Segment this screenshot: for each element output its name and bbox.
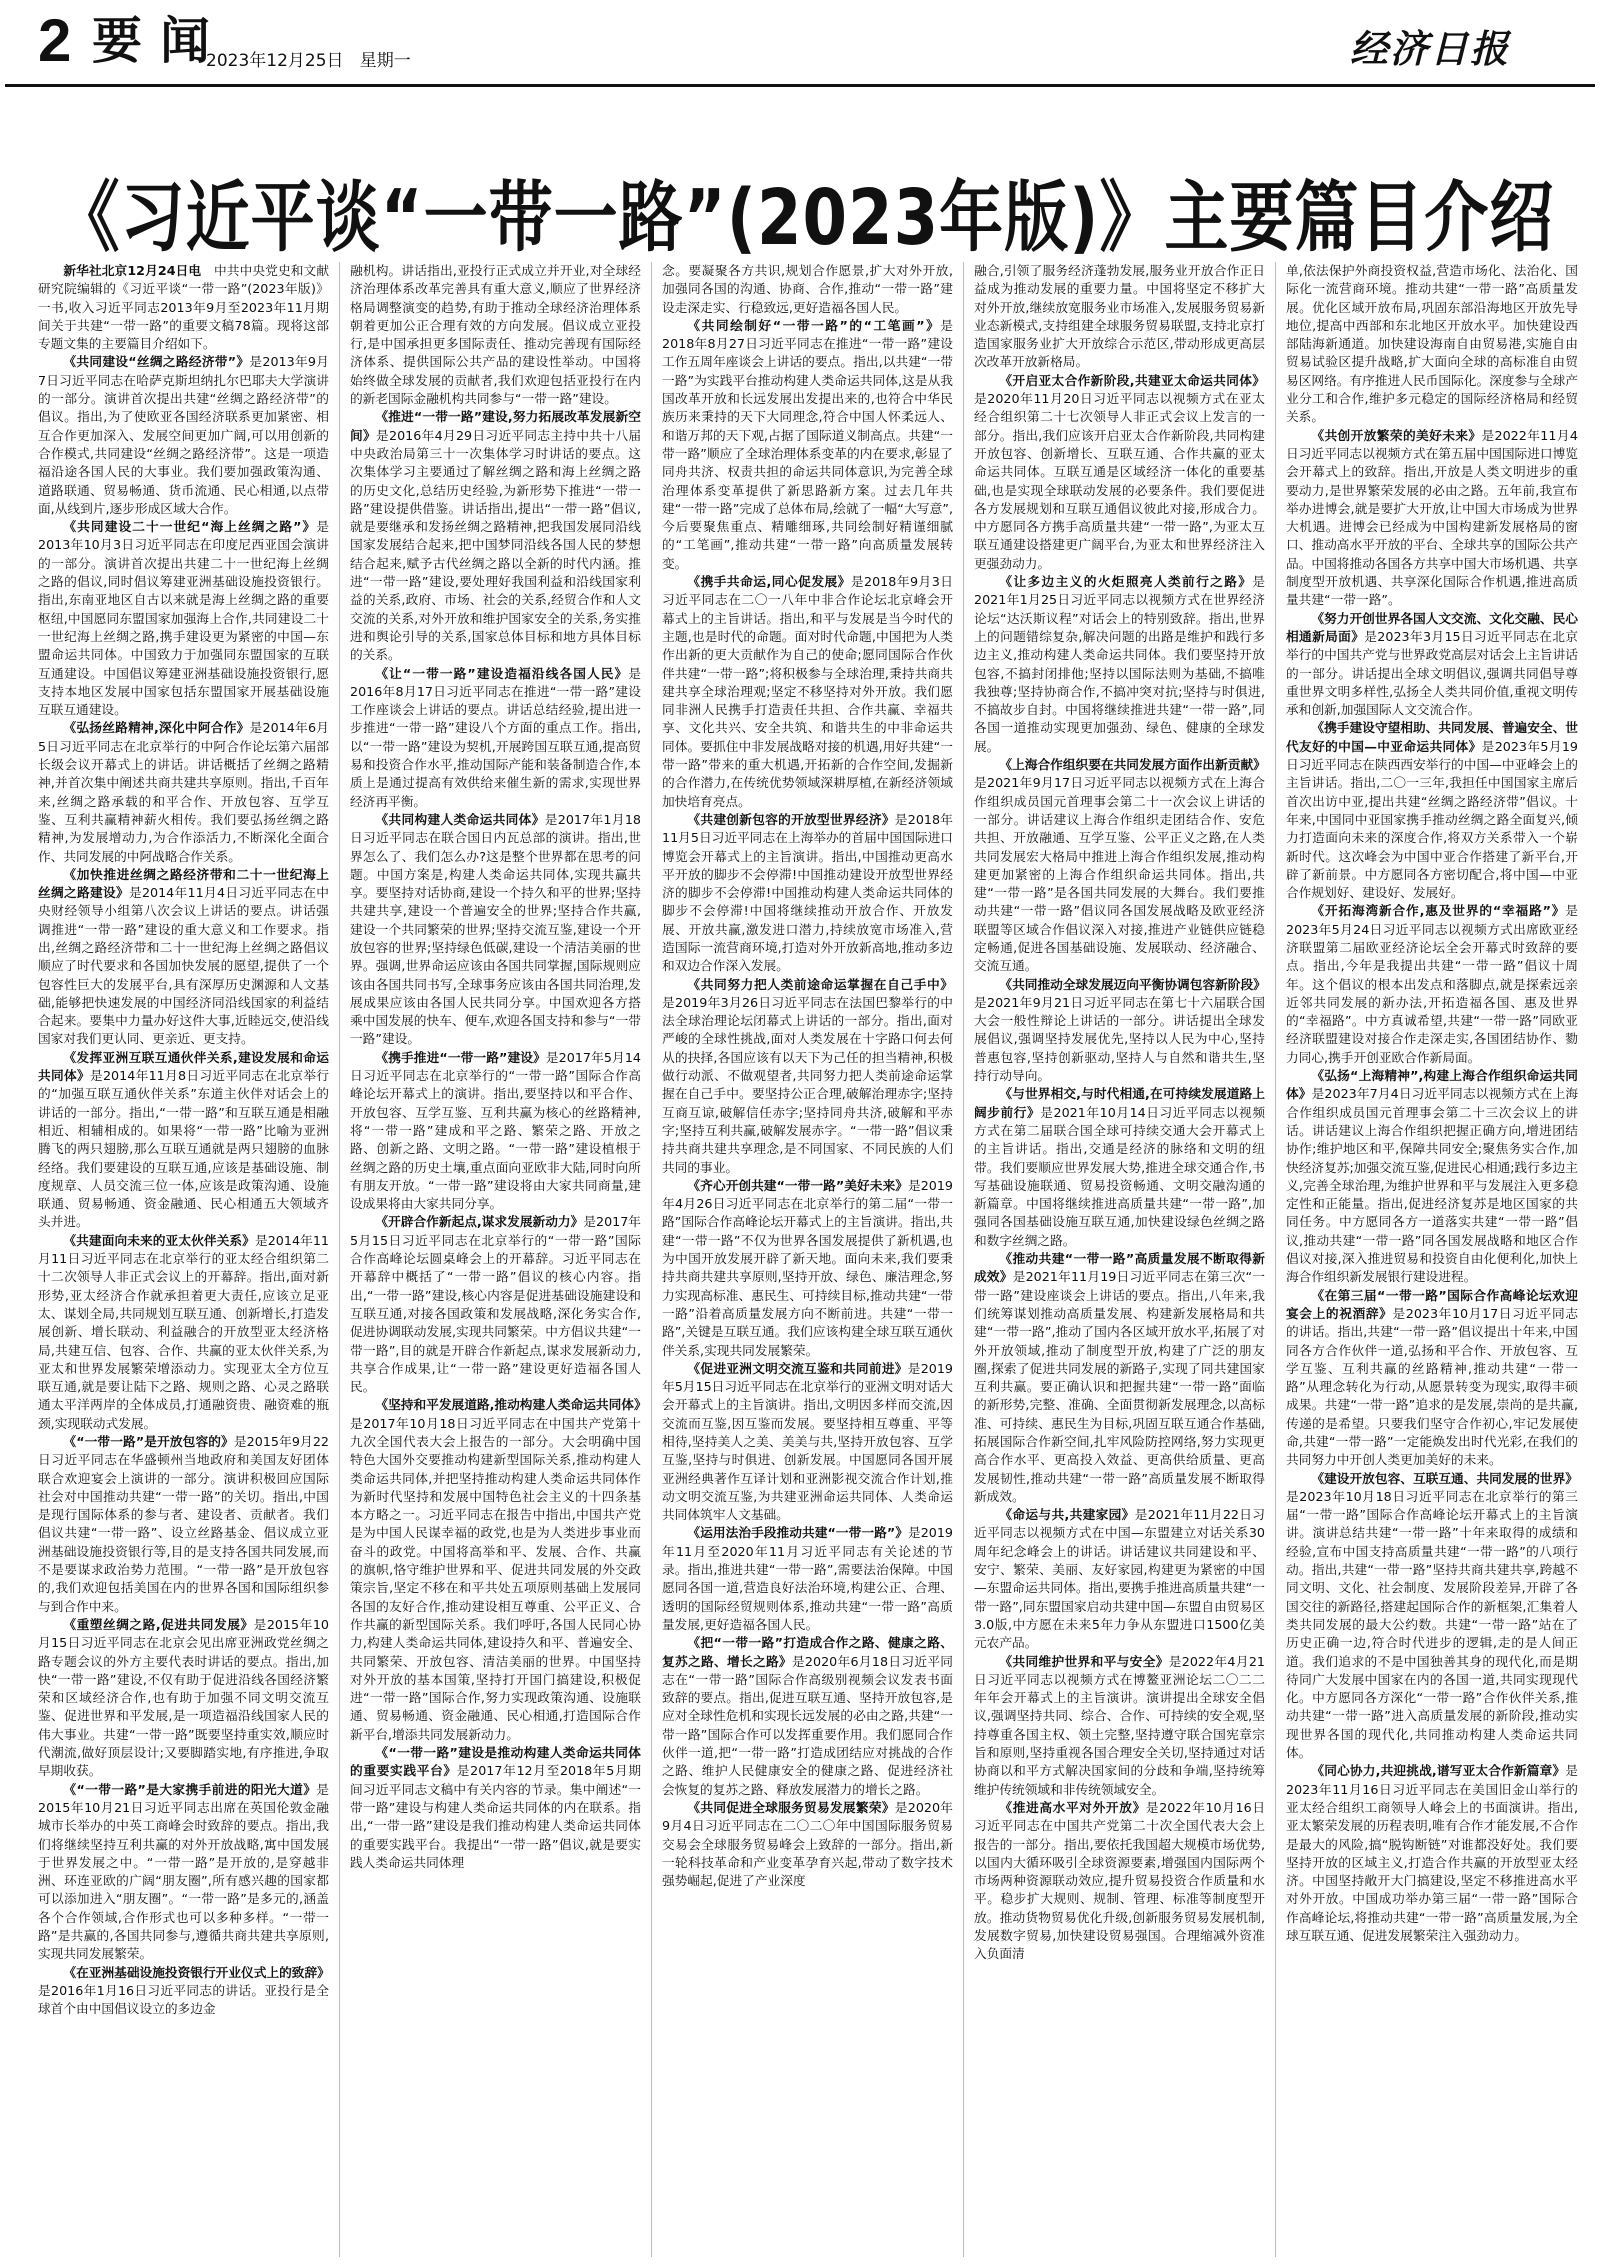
article-title: 《携手推进“一带一路”建设》	[375, 1050, 545, 1065]
article-title: 《上海合作组织要在共同发展方面作出新贡献》	[999, 757, 1265, 772]
paragraph-text: 是2023年7月4日习近平同志以视频方式在上海合作组织成员国元首理事会第二十三次…	[1286, 1086, 1578, 1284]
article-paragraph: 《共同促进全球服务贸易发展繁荣》是2020年9月4日习近平同志在二〇二〇年中国国…	[662, 1799, 953, 1890]
article-paragraph: 《共同推动全球发展迈向平衡协调包容新阶段》是2021年9月21日习近平同志在第七…	[974, 976, 1265, 1086]
article-paragraph: 《在第三届“一带一路”国际合作高峰论坛欢迎宴会上的祝酒辞》是2023年10月17…	[1286, 1287, 1578, 1470]
article-title: 《共同促进全球服务贸易发展繁荣》	[687, 1800, 894, 1815]
article-paragraph: 《共创开放繁荣的美好未来》是2022年11月4日习近平同志以视频方式在第五届中国…	[1286, 427, 1578, 610]
article-paragraph: 《让多边主义的火炬照亮人类前行之路》是2021年1月25日习近平同志以视频方式在…	[974, 573, 1265, 756]
article-title: 《坚持和平发展道路,推动构建人类命运共同体》	[375, 1397, 646, 1412]
paragraph-text: 是2018年9月3日习近平同志在二〇一八年中非合作论坛北京峰会开幕式上的主旨讲话…	[662, 574, 953, 809]
article-paragraph: 《推进“一带一路”建设,努力拓展改革发展新空间》是2016年4月29日习近平同志…	[350, 408, 641, 664]
article-paragraph: 《推进高水平对外开放》是2022年10月16日习近平同志在中国共产党第二十次全国…	[974, 1799, 1265, 1964]
paragraph-text: 是2014年11月8日习近平同志在北京举行的“加强互联互通伙伴关系”东道主伙伴对…	[38, 1068, 329, 1229]
page-header: 2 要闻 2023年12月25日 星期一 经济日报	[0, 0, 1600, 76]
article-paragraph: 《加快推进丝绸之路经济带和二十一世纪海上丝绸之路建设》是2014年11月4日习近…	[38, 866, 329, 1049]
article-title: 《共创开放繁荣的美好未来》	[1311, 428, 1481, 443]
article-title: 《让多边主义的火炬照亮人类前行之路》	[999, 574, 1252, 589]
paragraph-text: 是2021年11月22日习近平同志以视频方式在中国—东盟建立对话关系30周年纪念…	[974, 1507, 1265, 1650]
article-paragraph: 《努力开创世界各国人文交流、文化交融、民心相通新局面》是2023年3月15日习近…	[1286, 610, 1578, 720]
paragraph-text: 是2014年11月11日习近平同志在北京举行的亚太经合组织第二十二次领导人非正式…	[38, 1233, 329, 1431]
paragraph-text: 是2015年10月15日习近平同志在北京会见出席亚洲政党丝绸之路专题会议的外方主…	[38, 1617, 329, 1778]
article-title: 《共同建设二十一世纪“海上丝绸之路”》	[63, 519, 316, 534]
article-paragraph: 《携手推进“一带一路”建设》是2017年5月14日习近平同志在北京举行的“一带一…	[350, 1049, 641, 1214]
article-title: 《共同绘制好“一带一路”的“工笔画”》	[687, 318, 940, 333]
article-body: 新华社北京12月24日电 中共中央党史和文献研究院编辑的《习近平谈“一带一路”(…	[28, 262, 1588, 2257]
article-title: 《建设开放包容、互联互通、共同发展的世界》	[1311, 1471, 1578, 1486]
paragraph-text: 融机构。讲话指出,亚投行正式成立并开业,对全球经济治理体系改革完善具有重大意义,…	[350, 263, 641, 406]
article-paragraph: 《推动共建“一带一路”高质量发展不断取得新成效》是2021年11月19日习近平同…	[974, 1250, 1265, 1506]
article-paragraph: 单,依法保护外商投资权益,营造市场化、法治化、国际化一流营商环境。推动共建“一带…	[1286, 262, 1578, 427]
paragraph-text: 是2023年5月24日习近平同志以视频方式出席欧亚经济联盟第二届欧亚经济论坛全会…	[1286, 903, 1578, 1064]
paragraph-text: 是2023年11月16日习近平同志在美国旧金山举行的亚太经合组织工商领导人峰会上…	[1286, 1763, 1578, 1943]
article-paragraph: 《齐心开创共建“一带一路”美好未来》是2019年4月26日习近平同志在北京举行的…	[662, 1177, 953, 1360]
article-title: 《“一带一路”是开放包容的》	[63, 1434, 233, 1449]
article-paragraph: 《“一带一路”建设是推动构建人类命运共同体的重要实践平台》是2017年12月至2…	[350, 1744, 641, 1872]
article-paragraph: 《重塑丝绸之路,促进共同发展》是2015年10月15日习近平同志在北京会见出席亚…	[38, 1616, 329, 1781]
paragraph-text: 是2019年4月26日习近平同志在北京举行的第二届“一带一路”国际合作高峰论坛开…	[662, 1178, 953, 1358]
paragraph-text: 是2022年4月21日习近平同志以视频方式在博鳌亚洲论坛二〇二二年年会开幕式上的…	[974, 1654, 1265, 1797]
article-paragraph: 融机构。讲话指出,亚投行正式成立并开业,对全球经济治理体系改革完善具有重大意义,…	[350, 262, 641, 408]
newspaper-masthead-logo: 经济日报	[1350, 24, 1510, 74]
article-title: 《共同构建人类命运共同体》	[375, 812, 544, 827]
paragraph-text: 是2022年10月16日习近平同志在中国共产党第二十次全国代表大会上报告的一部分…	[974, 1800, 1265, 1961]
paragraph-text: 是2021年9月17日习近平同志以视频方式在上海合作组织成员国元首理事会第二十一…	[974, 775, 1265, 973]
paragraph-text: 是2017年5月15日习近平同志在北京举行的“一带一路”国际合作高峰论坛圆桌峰会…	[350, 1214, 641, 1394]
article-paragraph: 《在亚洲基础设施投资银行开业仪式上的致辞》是2016年1月16日习近平同志的讲话…	[38, 1964, 329, 2019]
article-paragraph: 《开拓海湾新合作,惠及世界的“幸福路”》是2023年5月24日习近平同志以视频方…	[1286, 902, 1578, 1067]
article-paragraph: 《弘扬“上海精神”,构建上海合作组织命运共同体》是2023年7月4日习近平同志以…	[1286, 1067, 1578, 1287]
article-paragraph: 《共同建设二十一世纪“海上丝绸之路”》是2013年10月3日习近平同志在印度尼西…	[38, 518, 329, 719]
article-paragraph: 《建设开放包容、互联互通、共同发展的世界》是2023年10月18日习近平同志在北…	[1286, 1470, 1578, 1763]
article-paragraph: 《“一带一路”是开放包容的》是2015年9月22日习近平同志在华盛顿州当地政府和…	[38, 1433, 329, 1616]
paragraph-text: 念。要凝聚各方共识,规划合作愿景,扩大对外开放,加强同各国的沟通、协商、合作,推…	[662, 263, 953, 315]
article-column-3: 念。要凝聚各方共识,规划合作愿景,扩大对外开放,加强同各国的沟通、协商、合作,推…	[652, 262, 964, 2257]
paragraph-text: 是2021年10月14日习近平同志以视频方式在第二届联合国全球可持续交通大会开幕…	[974, 1105, 1265, 1248]
paragraph-text: 是2023年10月18日习近平同志在北京举行的第三届“一带一路”国际合作高峰论坛…	[1286, 1489, 1578, 1760]
article-title: 《共同建设“丝绸之路经济带”》	[63, 354, 249, 369]
paragraph-text: 是2017年10月18日习近平同志在中国共产党第十九次全国代表大会上报告的一部分…	[350, 1416, 641, 1742]
article-title: 《运用法治手段推动共建“一带一路”》	[687, 1525, 908, 1540]
article-title: 《共同推动全球发展迈向平衡协调包容新阶段》	[999, 977, 1265, 992]
article-paragraph: 念。要凝聚各方共识,规划合作愿景,扩大对外开放,加强同各国的沟通、协商、合作,推…	[662, 262, 953, 317]
issue-date: 2023年12月25日 星期一	[206, 50, 411, 72]
article-column-1: 新华社北京12月24日电 中共中央党史和文献研究院编辑的《习近平谈“一带一路”(…	[28, 262, 340, 2257]
paragraph-text: 是2018年11月5日习近平同志在上海举办的首届中国国际进口博览会开幕式上的主旨…	[662, 812, 953, 973]
paragraph-text: 是2014年11月4日习近平同志在中央财经领导小组第八次会议上讲话的要点。讲话强…	[38, 885, 329, 1046]
paragraph-text: 是2019年3月26日习近平同志在法国巴黎举行的中法全球治理论坛闭幕式上讲话的一…	[662, 995, 953, 1175]
page-number: 2	[38, 6, 71, 76]
paragraph-text: 是2016年4月29日习近平同志主持中共十八届中央政治局第三十一次集体学习时讲话…	[350, 428, 641, 663]
article-paragraph: 《携手建设守望相助、共同发展、普遍安全、世代友好的中国—中亚命运共同体》是202…	[1286, 719, 1578, 902]
paragraph-text: 是2017年1月18日习近平同志在联合国日内瓦总部的演讲。指出,世界怎么了、我们…	[350, 812, 641, 1047]
article-title: 新华社北京12月24日电	[63, 263, 201, 278]
paragraph-text: 是2013年9月7日习近平同志在哈萨克斯坦纳扎尔巴耶夫大学演讲的一部分。演讲首次…	[38, 354, 329, 515]
article-title: 《让“一带一路”建设造福沿线各国人民》	[375, 666, 628, 681]
paragraph-text: 是2015年9月22日习近平同志在华盛顿州当地政府和美国友好团体联合欢迎宴会上演…	[38, 1434, 329, 1614]
paragraph-text: 是2021年11月19日习近平同志在第三次“一带一路”建设座谈会上讲话的要点。指…	[974, 1269, 1265, 1504]
article-paragraph: 《共同建设“丝绸之路经济带”》是2013年9月7日习近平同志在哈萨克斯坦纳扎尔巴…	[38, 353, 329, 518]
paragraph-text: 单,依法保护外商投资权益,营造市场化、法治化、国际化一流营商环境。推动共建“一带…	[1286, 263, 1578, 424]
paragraph-text: 是2021年9月21日习近平同志在第七十六届联合国大会一般性辩论上讲话的一部分。…	[974, 995, 1265, 1083]
article-paragraph: 《同心协力,共迎挑战,谱写亚太合作新篇章》是2023年11月16日习近平同志在美…	[1286, 1762, 1578, 1945]
article-paragraph: 《共同绘制好“一带一路”的“工笔画”》是2018年8月27日习近平同志在推进“一…	[662, 317, 953, 573]
article-paragraph: 《与世界相交,与时代相通,在可持续发展道路上阔步前行》是2021年10月14日习…	[974, 1085, 1265, 1250]
header-divider	[5, 84, 1595, 87]
article-title: 《“一带一路”是大家携手前进的阳光大道》	[63, 1782, 316, 1797]
paragraph-text: 是2022年11月4日习近平同志以视频方式在第五届中国国际进口博览会开幕式上的致…	[1286, 428, 1578, 608]
article-paragraph: 《携手共命运,同心促发展》是2018年9月3日习近平同志在二〇一八年中非合作论坛…	[662, 573, 953, 811]
article-title: 《促进亚洲文明交流互鉴和共同前进》	[687, 1361, 907, 1376]
article-title: 《弘扬丝路精神,深化中阿合作》	[63, 720, 249, 735]
article-title: 《开辟合作新起点,谋求发展新动力》	[375, 1214, 583, 1229]
paragraph-text: 是2020年11月20日习近平同志以视频方式在亚太经合组织第二十七次领导人非正式…	[974, 391, 1265, 571]
article-title: 《开启亚太合作新阶段,共建亚太命运共同体》	[999, 373, 1265, 388]
paragraph-text: 是2013年10月3日习近平同志在印度尼西亚国会演讲的一部分。演讲首次提出共建二…	[38, 519, 329, 717]
paragraph-text: 是2023年10月17日习近平同志的讲话。指出,共建“一带一路”倡议提出十年来,…	[1286, 1306, 1578, 1467]
article-title: 《推进高水平对外开放》	[999, 1800, 1146, 1815]
article-paragraph: 《共建面向未来的亚太伙伴关系》是2014年11月11日习近平同志在北京举行的亚太…	[38, 1232, 329, 1433]
article-paragraph: 《让“一带一路”建设造福沿线各国人民》是2016年8月17日习近平同志在推进“一…	[350, 665, 641, 811]
paragraph-text: 是2018年8月27日习近平同志在推进“一带一路”建设工作五周年座谈会上讲话的要…	[662, 318, 953, 571]
paragraph-text: 是2017年12月至2018年5月期间习近平同志文稿中有关内容的节录。集中阐述“…	[350, 1763, 641, 1869]
article-paragraph: 《共同维护世界和平与安全》是2022年4月21日习近平同志以视频方式在博鳌亚洲论…	[974, 1653, 1265, 1799]
article-paragraph: 《上海合作组织要在共同发展方面作出新贡献》是2021年9月17日习近平同志以视频…	[974, 756, 1265, 976]
article-paragraph: 《开辟合作新起点,谋求发展新动力》是2017年5月15日习近平同志在北京举行的“…	[350, 1213, 641, 1396]
paragraph-text: 是2016年8月17日习近平同志在推进“一带一路”建设工作座谈会上讲话的要点。讲…	[350, 666, 641, 809]
paragraph-text: 融合,引领了服务经济蓬勃发展,服务业开放合作正日益成为推动发展的重要力量。中国将…	[974, 263, 1265, 369]
article-paragraph: 《“一带一路”是大家携手前进的阳光大道》是2015年10月21日习近平同志出席在…	[38, 1781, 329, 1964]
paragraph-text: 是2019年11月至2020年11月习近平同志有关论述的节录。指出,推进共建“一…	[662, 1525, 953, 1631]
article-paragraph: 《开启亚太合作新阶段,共建亚太命运共同体》是2020年11月20日习近平同志以视…	[974, 372, 1265, 573]
article-paragraph: 《共建创新包容的开放型世界经济》是2018年11月5日习近平同志在上海举办的首届…	[662, 811, 953, 976]
article-paragraph: 《运用法治手段推动共建“一带一路”》是2019年11月至2020年11月习近平同…	[662, 1524, 953, 1634]
article-paragraph: 《共同努力把人类前途命运掌握在自己手中》是2019年3月26日习近平同志在法国巴…	[662, 976, 953, 1177]
article-title: 《携手共命运,同心促发展》	[687, 574, 850, 589]
article-title: 《共同努力把人类前途命运掌握在自己手中》	[687, 977, 953, 992]
paragraph-text: 是2016年1月16日习近平同志的讲话。亚投行是全球首个由中国倡议设立的多边金	[38, 1983, 329, 2016]
article-column-2: 融机构。讲话指出,亚投行正式成立并开业,对全球经济治理体系改革完善具有重大意义,…	[340, 262, 652, 2257]
article-title: 《重塑丝绸之路,促进共同发展》	[63, 1617, 253, 1632]
article-paragraph: 《把“一带一路”打造成合作之路、健康之路、复苏之路、增长之路》是2020年6月1…	[662, 1634, 953, 1799]
article-title: 《同心协力,共迎挑战,谱写亚太合作新篇章》	[1311, 1763, 1565, 1778]
main-headline: 《习近平谈“一带一路”(2023年版)》主要篇目介绍	[20, 165, 1590, 273]
article-paragraph: 《促进亚洲文明交流互鉴和共同前进》是2019年5月15日习近平同志在北京举行的亚…	[662, 1360, 953, 1525]
paragraph-text: 是2014年6月5日习近平同志在北京举行的中阿合作论坛第六届部长级会议开幕式上的…	[38, 720, 329, 863]
article-paragraph: 《共同构建人类命运共同体》是2017年1月18日习近平同志在联合国日内瓦总部的演…	[350, 811, 641, 1049]
article-title: 《共建创新包容的开放型世界经济》	[687, 812, 894, 827]
article-title: 《共建面向未来的亚太伙伴关系》	[63, 1233, 255, 1248]
article-paragraph: 《命运与共,共建家园》是2021年11月22日习近平同志以视频方式在中国—东盟建…	[974, 1506, 1265, 1652]
article-title: 《齐心开创共建“一带一路”美好未来》	[687, 1178, 908, 1193]
article-paragraph: 融合,引领了服务经济蓬勃发展,服务业开放合作正日益成为推动发展的重要力量。中国将…	[974, 262, 1265, 372]
paragraph-text: 是2020年6月18日习近平同志在“一带一路”国际合作高级别视频会议发表书面致辞…	[662, 1654, 953, 1797]
article-title: 《在亚洲基础设施投资银行开业仪式上的致辞》	[63, 1965, 329, 1980]
article-title: 《共同维护世界和平与安全》	[999, 1654, 1168, 1669]
paragraph-text: 是2017年5月14日习近平同志在北京举行的“一带一路”国际合作高峰论坛开幕式上…	[350, 1050, 641, 1211]
article-paragraph: 《发挥亚洲互联互通伙伴关系,建设发展和命运共同体》是2014年11月8日习近平同…	[38, 1049, 329, 1232]
paragraph-text: 是2023年5月19日习近平同志在陕西西安举行的中国—中亚峰会上的主旨讲话。指出…	[1286, 739, 1578, 900]
article-title: 《开拓海湾新合作,惠及世界的“幸福路”》	[1311, 903, 1565, 918]
paragraph-text: 是2021年1月25日习近平同志以视频方式在世界经济论坛“达沃斯议程”对话会上的…	[974, 574, 1265, 754]
article-paragraph: 新华社北京12月24日电 中共中央党史和文献研究院编辑的《习近平谈“一带一路”(…	[38, 262, 329, 353]
paragraph-text: 是2015年10月21日习近平同志出席在英国伦敦金融城市长举办的中英工商峰会时致…	[38, 1782, 329, 1962]
article-title: 《命运与共,共建家园》	[999, 1507, 1134, 1522]
article-column-5: 单,依法保护外商投资权益,营造市场化、法治化、国际化一流营商环境。推动共建“一带…	[1276, 262, 1588, 2257]
article-paragraph: 《坚持和平发展道路,推动构建人类命运共同体》是2017年10月18日习近平同志在…	[350, 1396, 641, 1744]
paragraph-text: 是2019年5月15日习近平同志在北京举行的亚洲文明对话大会开幕式上的主旨演讲。…	[662, 1361, 953, 1522]
article-column-4: 融合,引领了服务经济蓬勃发展,服务业开放合作正日益成为推动发展的重要力量。中国将…	[964, 262, 1276, 2257]
article-paragraph: 《弘扬丝路精神,深化中阿合作》是2014年6月5日习近平同志在北京举行的中阿合作…	[38, 719, 329, 865]
